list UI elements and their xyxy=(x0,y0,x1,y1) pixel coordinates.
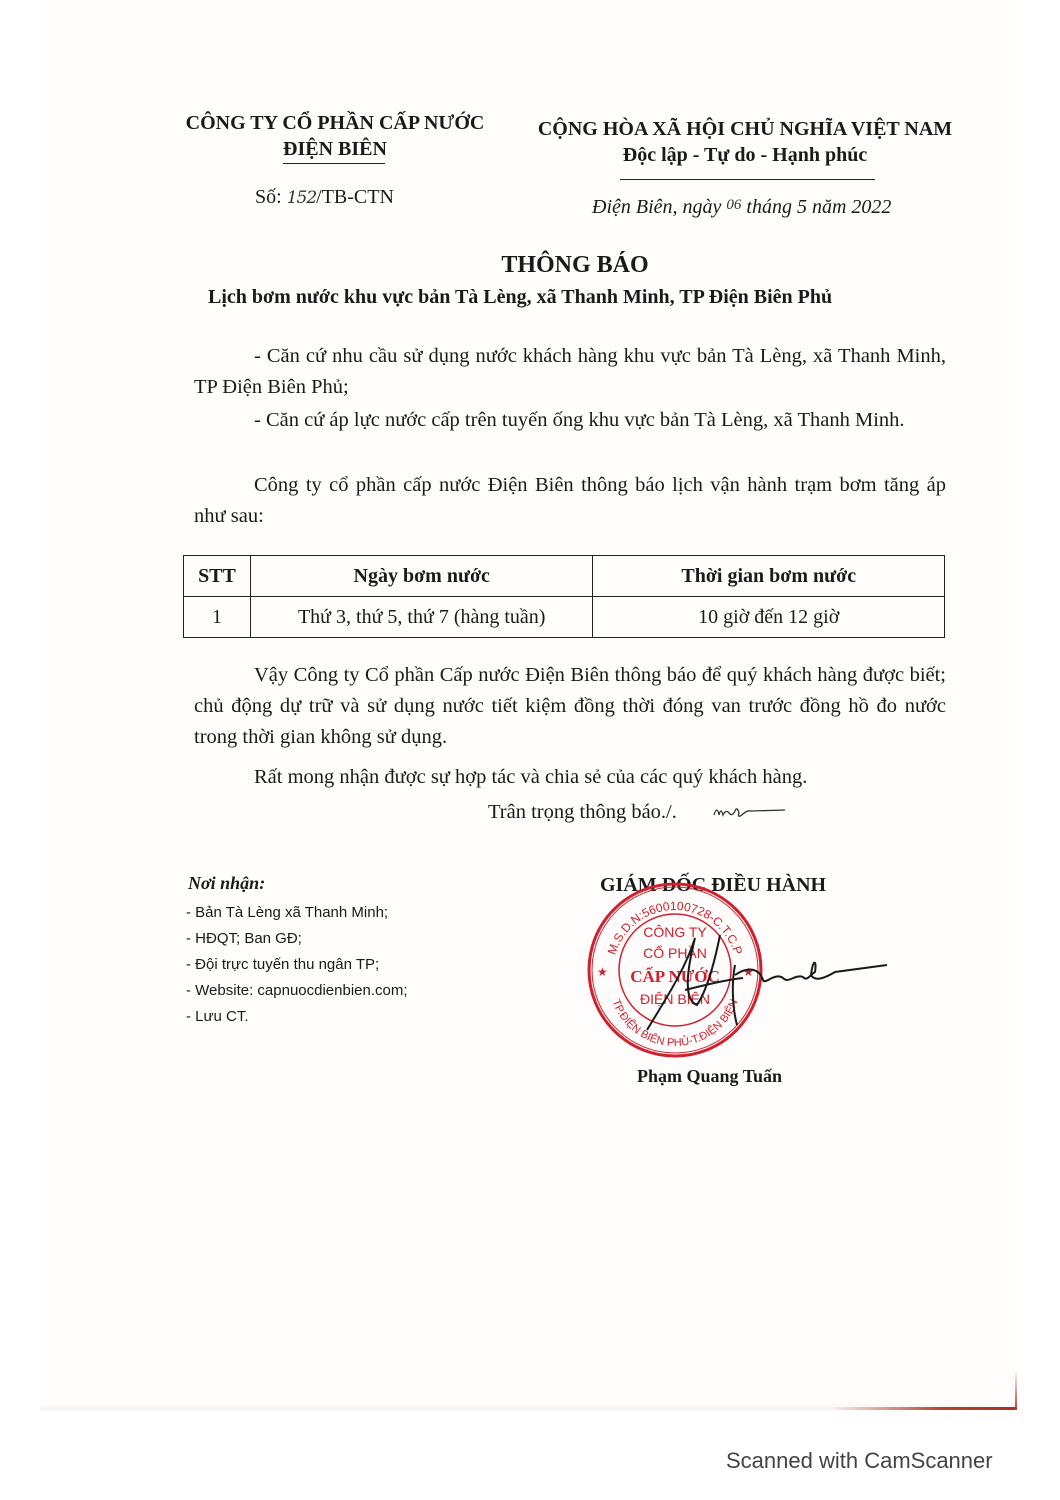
org-underline xyxy=(283,163,385,164)
page-edge-shadow xyxy=(1015,1370,1017,1410)
document-subtitle: Lịch bơm nước khu vực bản Tà Lèng, xã Th… xyxy=(208,286,832,309)
org-name-line2: ĐIỆN BIÊN xyxy=(170,136,500,162)
cooperation-paragraph: Rất mong nhận được sự hợp tác và chia sẻ… xyxy=(194,762,946,793)
header-stt: STT xyxy=(184,556,251,597)
motto: Độc lập - Tự do - Hạnh phúc xyxy=(530,142,960,168)
camscanner-watermark: Scanned with CamScanner xyxy=(726,1448,993,1474)
national-motto: CỘNG HÒA XÃ HỘI CHỦ NGHĨA VIỆT NAM Độc l… xyxy=(530,116,960,168)
recipient-item: - Bản Tà Lèng xã Thanh Minh; xyxy=(186,900,408,926)
handwritten-signature-icon xyxy=(625,930,895,1040)
org-name-line1: CÔNG TY CỔ PHẦN CẤP NƯỚC xyxy=(170,110,500,136)
initials-signature-icon xyxy=(710,801,790,823)
cell-stt: 1 xyxy=(184,597,251,638)
motto-underline xyxy=(620,179,875,180)
handwritten-day: 06 xyxy=(726,197,741,213)
header-pump-days: Ngày bơm nước xyxy=(250,556,593,597)
document-title: THÔNG BÁO xyxy=(0,252,1060,279)
basis-paragraph-1: - Căn cứ nhu cầu sử dụng nước khách hàng… xyxy=(194,341,946,403)
organization-name: CÔNG TY CỔ PHẦN CẤP NƯỚC ĐIỆN BIÊN xyxy=(170,110,500,162)
recipient-item: - Website: capnuocdienbien.com; xyxy=(186,978,408,1004)
recipient-item: - Lưu CT. xyxy=(186,1004,408,1030)
signer-name: Phạm Quang Tuấn xyxy=(637,1066,782,1087)
table-header-row: STT Ngày bơm nước Thời gian bơm nước xyxy=(184,556,945,597)
recipients-list: - Bản Tà Lèng xã Thanh Minh; - HĐQT; Ban… xyxy=(186,900,408,1030)
document-date: Điện Biên, ngày 06 tháng 5 năm 2022 xyxy=(592,196,891,219)
recipient-item: - HĐQT; Ban GĐ; xyxy=(186,926,408,952)
handwritten-number: 152 xyxy=(287,188,316,208)
header-pump-time: Thời gian bơm nước xyxy=(593,556,945,597)
page-edge-shadow xyxy=(830,1407,1017,1410)
intro-paragraph: Công ty cổ phần cấp nước Điện Biên thông… xyxy=(194,470,946,532)
pumping-schedule-table: STT Ngày bơm nước Thời gian bơm nước 1 T… xyxy=(183,555,945,638)
document-number: Số: 152/TB-CTN xyxy=(255,186,394,209)
recipient-item: - Đội trực tuyến thu ngân TP; xyxy=(186,952,408,978)
cell-pump-days: Thứ 3, thứ 5, thứ 7 (hàng tuần) xyxy=(250,597,593,638)
table-row: 1 Thứ 3, thứ 5, thứ 7 (hàng tuần) 10 giờ… xyxy=(184,597,945,638)
basis-paragraph-2: - Căn cứ áp lực nước cấp trên tuyến ống … xyxy=(194,405,946,436)
closing-line: Trân trọng thông báo./. xyxy=(488,797,677,828)
nation-name: CỘNG HÒA XÃ HỘI CHỦ NGHĨA VIỆT NAM xyxy=(530,116,960,142)
svg-text:★: ★ xyxy=(597,965,608,979)
recipients-heading: Nơi nhận: xyxy=(188,873,265,894)
cell-pump-time: 10 giờ đến 12 giờ xyxy=(593,597,945,638)
conclusion-paragraph: Vậy Công ty Cổ phần Cấp nước Điện Biên t… xyxy=(194,660,946,753)
